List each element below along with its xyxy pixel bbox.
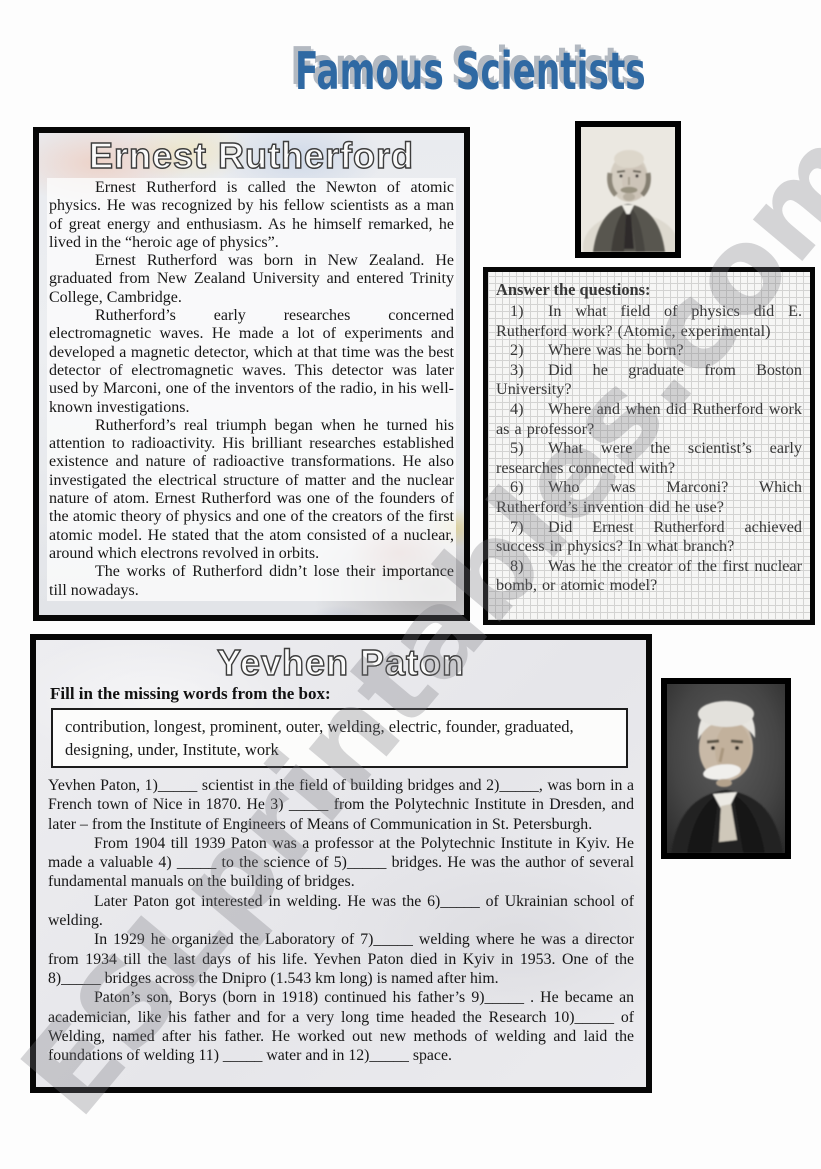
paton-text: Yevhen Paton, 1)_____ scientist in the f… bbox=[48, 776, 634, 1065]
question-number: 8) bbox=[510, 557, 548, 577]
question-number: 3) bbox=[510, 361, 548, 381]
question-number: 6) bbox=[510, 478, 548, 498]
question-item: 6)Who was Marconi? Which Rutherford’s in… bbox=[496, 478, 802, 517]
question-item: 4)Where and when did Rutherford work as … bbox=[496, 400, 802, 439]
paton-photo-frame bbox=[661, 678, 791, 859]
rutherford-text: Ernest Rutherford is called the Newton o… bbox=[47, 178, 456, 601]
paragraph: In 1929 he organized the Laboratory of 7… bbox=[48, 930, 634, 988]
paragraph: Later Paton got interested in welding. H… bbox=[48, 892, 634, 931]
paton-heading: Yevhen Paton bbox=[48, 642, 634, 684]
paragraph: Rutherford’s early researches concerned … bbox=[49, 307, 454, 417]
word-bank-box: contribution, longest, prominent, outer,… bbox=[51, 708, 628, 768]
question-number: 2) bbox=[510, 341, 548, 361]
question-text: Where was he born? bbox=[548, 341, 684, 359]
paragraph: Yevhen Paton, 1)_____ scientist in the f… bbox=[48, 776, 634, 834]
question-number: 5) bbox=[510, 439, 548, 459]
paragraph: From 1904 till 1939 Paton was a professo… bbox=[48, 834, 634, 892]
paragraph: Rutherford’s real triumph began when he … bbox=[49, 417, 454, 563]
question-item: 8)Was he the creator of the first nuclea… bbox=[496, 557, 802, 596]
question-item: 7)Did Ernest Rutherford achieved success… bbox=[496, 518, 802, 557]
paton-instruction: Fill in the missing words from the box: bbox=[50, 684, 634, 703]
questions-label: Answer the questions: bbox=[496, 280, 802, 300]
rutherford-heading: Ernest Rutherford bbox=[47, 135, 456, 177]
paton-section: Yevhen Paton Fill in the missing words f… bbox=[30, 634, 652, 1093]
question-number: 7) bbox=[510, 518, 548, 538]
question-item: 2)Where was he born? bbox=[496, 341, 802, 361]
rutherford-photo-frame bbox=[575, 121, 681, 258]
worksheet-page: Famous Scientists Ernest Rutherford Erne… bbox=[0, 0, 821, 1169]
paragraph: Ernest Rutherford is called the Newton o… bbox=[49, 179, 454, 252]
rutherford-section: Ernest Rutherford Ernest Rutherford is c… bbox=[33, 127, 470, 621]
rutherford-portrait-image bbox=[581, 127, 675, 252]
question-item: 1)In what field of physics did E. Ruther… bbox=[496, 302, 802, 341]
paragraph: Ernest Rutherford was born in New Zealan… bbox=[49, 252, 454, 307]
question-item: 5)What were the scientist’s early resear… bbox=[496, 439, 802, 478]
question-item: 3)Did he graduate from Boston University… bbox=[496, 361, 802, 400]
question-number: 4) bbox=[510, 400, 548, 420]
paton-portrait-image bbox=[667, 684, 785, 853]
questions-section: Answer the questions: 1)In what field of… bbox=[483, 267, 815, 625]
question-number: 1) bbox=[510, 302, 548, 322]
page-title: Famous Scientists bbox=[295, 46, 646, 98]
paragraph: Paton’s son, Borys (born in 1918) contin… bbox=[48, 988, 634, 1065]
paragraph: The works of Rutherford didn’t lose thei… bbox=[49, 563, 454, 600]
